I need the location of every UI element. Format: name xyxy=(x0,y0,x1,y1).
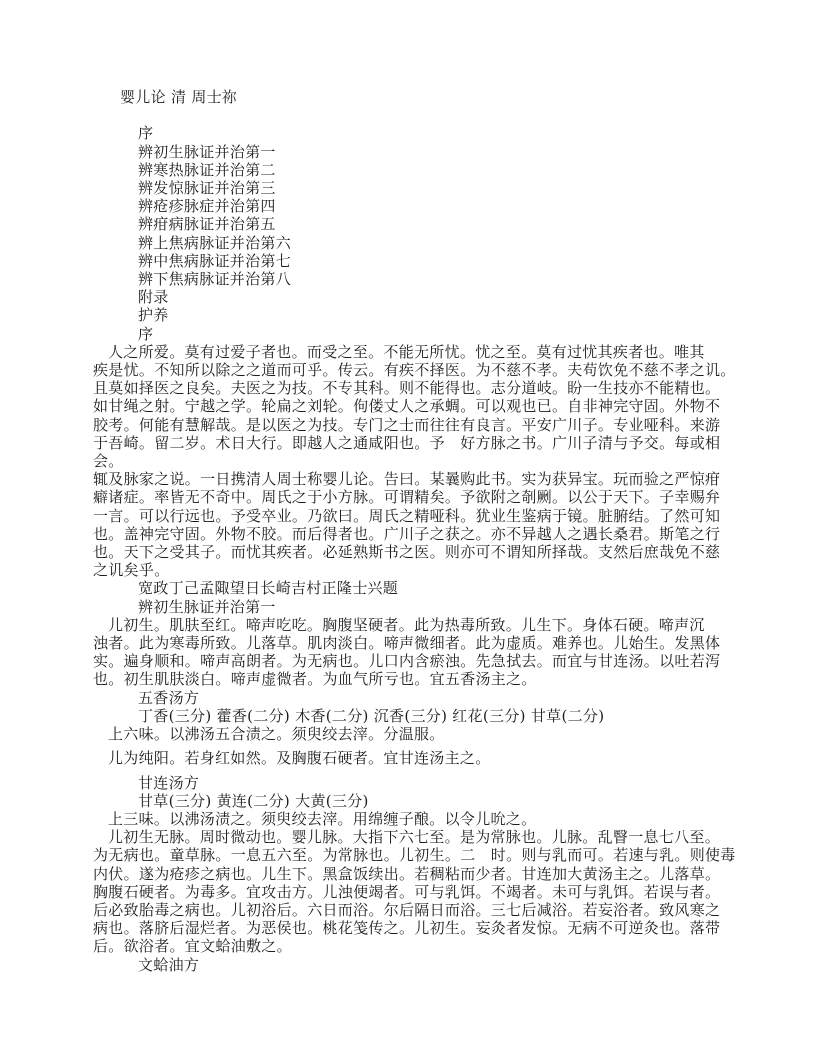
text-line: 丁香(三分) 藿香(二分) 木香(二分) 沉香(三分) 红花(三分) 甘草(二分… xyxy=(93,707,741,725)
text-line: 为无病也。童草脉。一息五六至。为常脉也。儿初生。二 时。则与乳而可。若速与乳。则… xyxy=(93,846,741,864)
text-line: 辨中焦病脉证并治第七 xyxy=(93,252,741,270)
text-line: 也。初生肌肤淡白。啼声虚微者。为血气所亏也。宜五香汤主之。 xyxy=(93,670,741,688)
text-line: 浊者。此为寒毒所致。儿落草。肌肉淡白。啼声微细者。此为虚质。难养也。儿始生。发黑… xyxy=(93,634,741,652)
text-line: 五香汤方 xyxy=(93,689,741,707)
text-line: 且莫如择医之良矣。夫医之为技。不专其科。则不能得也。志分道岐。盼一生技亦不能精也… xyxy=(93,379,741,397)
text-line: 儿为纯阳。若身红如然。及胸腹石硬者。宜甘连汤主之。 xyxy=(93,749,741,767)
text-line: 一言。可以行远也。予受卒业。乃欲曰。周氏之精哑科。犹业生鉴病于镜。脏腑结。了然可… xyxy=(93,507,741,525)
text-line: 也。盖神完守固。外物不胶。而后得者也。广川子之获之。亦不异越人之遇长桑君。斯笔之… xyxy=(93,525,741,543)
text-line: 病也。落脐后湿烂者。为恶侯也。桃花笺传之。儿初生。妄灸者发惊。无病不可逆灸也。落… xyxy=(93,919,741,937)
text-line: 护养 xyxy=(93,306,741,324)
text-line: 实。遍身顺和。啼声高朗者。为无病也。儿口内含瘀浊。先急拭去。而宜与甘连汤。以吐若… xyxy=(93,652,741,670)
text-line: 甘连汤方 xyxy=(93,774,741,792)
text-line: 后必致胎毒之病也。儿初浴后。六日而浴。尔后隔日而浴。三七后减浴。若妄浴者。致风寒… xyxy=(93,901,741,919)
document-body: 婴儿论 清 周士祢序辨初生脉证并治第一辨寒热脉证并治第二辨发惊脉证并治第三辨疮疹… xyxy=(93,88,741,974)
text-line: 辨下焦病脉证并治第八 xyxy=(93,270,741,288)
text-line: 内伏。遂为疮疹之病也。儿生下。黑盒饭续出。若稠粘而少者。甘连加大黄汤主之。儿落草… xyxy=(93,865,741,883)
text-line: 甘草(三分) 黄连(二分) 大黄(三分) xyxy=(93,792,741,810)
text-line: 儿初生。肌肤至红。啼声吃吃。胸腹坚硬者。此为热毒所致。儿生下。身体石硬。啼声沉 xyxy=(93,616,741,634)
text-line: 胶考。何能有慧解哉。是以医之为技。专门之士而往往有良言。平安广川子。专业哑科。来… xyxy=(93,416,741,434)
text-line: 宽政丁己孟陬望日长崎吉村正隆士兴题 xyxy=(93,579,741,597)
document-page: 婴儿论 清 周士祢序辨初生脉证并治第一辨寒热脉证并治第二辨发惊脉证并治第三辨疮疹… xyxy=(0,0,816,1056)
text-line: 人之所爱。莫有过爱子者也。而受之至。不能无所忧。忧之至。莫有过忧其疾者也。唯其 xyxy=(93,343,741,361)
text-line: 疾是忧。不知所以除之之道而可乎。传云。有疾不择医。为不慈不孝。夫苟饮免不慈不孝之… xyxy=(93,361,741,379)
text-line: 辨初生脉证并治第一 xyxy=(93,143,741,161)
text-line: 辨疮疹脉症并治第四 xyxy=(93,197,741,215)
text-line: 于吾崎。留二岁。术日大行。即越人之通咸阳也。予 好方脉之书。广川子清与予交。每或… xyxy=(93,434,741,470)
text-line: 辨发惊脉证并治第三 xyxy=(93,179,741,197)
text-line: 序 xyxy=(93,325,741,343)
text-line: 文蛤油方 xyxy=(93,956,741,974)
text-line: 如甘绳之射。宁越之学。轮扁之刘轮。佝偻丈人之承蜩。可以观也已。自非神完守固。外物… xyxy=(93,397,741,415)
text-line: 辨寒热脉证并治第二 xyxy=(93,161,741,179)
text-line: 胸腹石硬者。为毒多。宜攻击方。儿浊便竭者。可与乳饵。不竭者。未可与乳饵。若误与者… xyxy=(93,883,741,901)
blank-line xyxy=(93,106,741,124)
text-line: 后。欲浴者。宜文蛤油敷之。 xyxy=(93,937,741,955)
text-line: 婴儿论 清 周士祢 xyxy=(93,88,741,106)
text-line: 癖诸症。率皆无不奇中。周氏之于小方脉。可谓精矣。予欲附之剞劂。以公于天下。子幸赐… xyxy=(93,488,741,506)
text-line: 辨疳病脉证并治第五 xyxy=(93,215,741,233)
text-line: 儿初生无脉。周时微动也。婴儿脉。大指下六七至。是为常脉也。儿脉。乱瞖一息七八至。 xyxy=(93,828,741,846)
text-line: 上六味。以沸汤五合渍之。须臾绞去滓。分温服。 xyxy=(93,725,741,743)
text-line: 辨初生脉证并治第一 xyxy=(93,598,741,616)
text-line: 辨上焦病脉证并治第六 xyxy=(93,234,741,252)
text-line: 之讥矣乎。 xyxy=(93,561,741,579)
text-line: 辄及脉家之说。一日携清人周士称婴儿论。告曰。某曩购此书。实为获异宝。玩而验之严惊… xyxy=(93,470,741,488)
text-line: 也。天下之受其子。而忧其疾者。必延熟斯书之医。则亦可不谓知所择哉。支然后庶哉免不… xyxy=(93,543,741,561)
text-line: 附录 xyxy=(93,288,741,306)
text-line: 序 xyxy=(93,124,741,142)
text-line: 上三味。以沸汤渍之。须臾绞去滓。用绵缠子酿。以令儿吮之。 xyxy=(93,810,741,828)
